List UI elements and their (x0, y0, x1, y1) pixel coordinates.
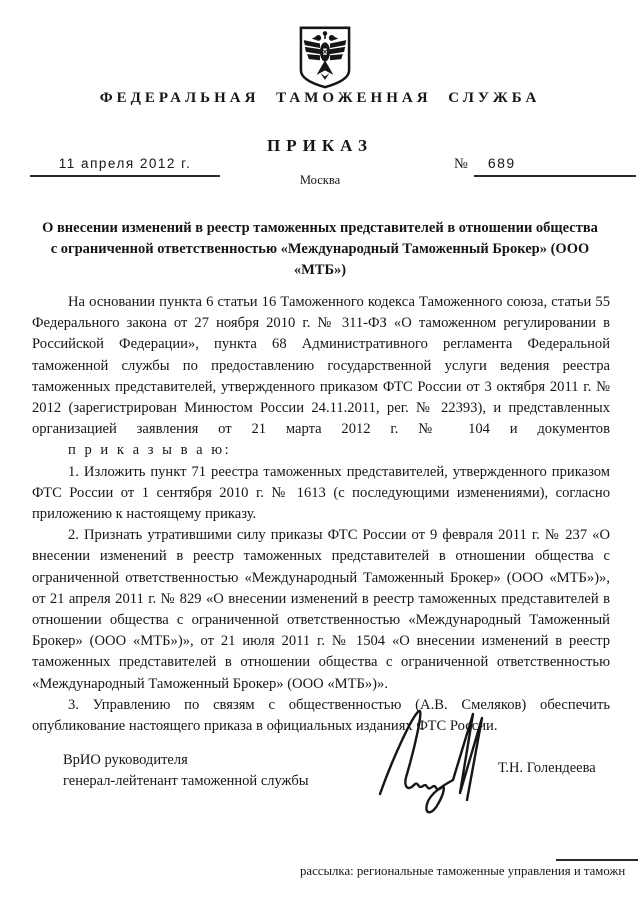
coat-of-arms-icon (297, 26, 353, 89)
order-subject: О внесении изменений в реестр таможенных… (40, 218, 600, 281)
order-item-3: 3. Управлению по связям с общественность… (32, 695, 610, 737)
agency-name: ФЕДЕРАЛЬНАЯ ТАМОЖЕННАЯ СЛУЖБА (0, 90, 640, 107)
signer-role-line1: ВрИО руководителя (63, 750, 309, 771)
handwritten-signature-icon (372, 698, 504, 836)
issue-city: Москва (0, 173, 640, 188)
distribution-note: рассылка: региональные таможенные управл… (300, 864, 625, 879)
order-item-1: 1. Изложить пункт 71 реестра таможенных … (32, 462, 610, 526)
signer-name: Т.Н. Голендеева (498, 760, 596, 777)
order-item-2: 2. Признать утратившими силу приказы ФТС… (32, 525, 610, 695)
order-document-page: ФЕДЕРАЛЬНАЯ ТАМОЖЕННАЯ СЛУЖБА ПРИКАЗ 11 … (0, 0, 640, 900)
document-type-label: ПРИКАЗ (0, 136, 640, 156)
signer-role: ВрИО руководителя генерал-лейтенант тамо… (63, 750, 309, 792)
footer-rule (556, 859, 638, 861)
preamble-paragraph: На основании пункта 6 статьи 16 Таможенн… (32, 292, 610, 440)
signer-role-line2: генерал-лейтенант таможенной службы (63, 771, 309, 792)
order-body: На основании пункта 6 статьи 16 Таможенн… (32, 292, 610, 737)
decree-word: п р и к а з ы в а ю: (32, 440, 610, 461)
